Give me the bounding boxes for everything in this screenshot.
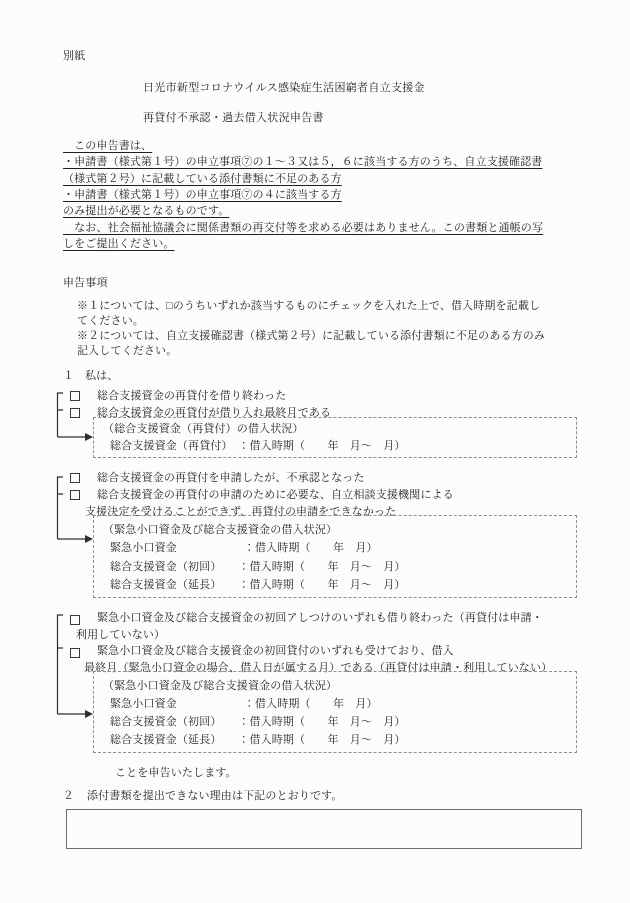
intro-line: しをご提出ください。 — [63, 237, 175, 251]
intro-line: （様式第２号）に記載している添付書類に不足のある方 — [63, 172, 342, 186]
note-line: ※１については、□のうちいずれか該当するものにチェックを入れた上で、借入時期を記… — [77, 299, 540, 313]
option-label: 総合支援資金の再貸付を借り終わった — [97, 389, 286, 403]
reason-textbox[interactable] — [66, 809, 582, 849]
borrowing-status-box-2: （緊急小口資金及び総合支援資金の借入状況） 緊急小口資金 ：借入時期（ 年 月）… — [93, 515, 577, 598]
form-page: 別紙 日光市新型コロナウイルス感染症生活困窮者自立支援金 再貸付不承認・過去借入… — [0, 0, 630, 903]
intro-line: ・申請書（様式第１号）の申立事項⑦の４に該当する方 — [63, 188, 342, 202]
note-line: てください。 — [77, 314, 144, 328]
intro-line: この申告書は、 — [63, 139, 152, 153]
option-label: 総合支援資金の再貸付を申請したが、不承認となった — [97, 471, 365, 485]
option-label-wrap: 利用していない） — [76, 628, 165, 642]
intro-line: なお、社会福祉協議会に関係書類の再交付等を求める必要はありません。この書類と通帳… — [63, 221, 543, 235]
box-heading: （緊急小口資金及び総合支援資金の借入状況） — [103, 679, 337, 693]
borrowing-status-box-1: （総合支援資金（再貸付）の借入状況） 総合支援資金（再貸付） ：借入時期（ 年 … — [93, 417, 577, 458]
checkbox-could-not-apply[interactable] — [70, 490, 80, 500]
borrowing-period-field[interactable]: 総合支援資金（延長） ：借入時期（ 年 月～ 月） — [110, 733, 406, 747]
item2-label: 添付書類を提出できない理由は下記のとおりです。 — [87, 789, 343, 803]
borrowing-period-field[interactable]: 緊急小口資金 ：借入時期（ 年 月） — [110, 541, 378, 555]
checkbox-repayment-finished[interactable] — [70, 391, 80, 401]
checkbox-final-borrowing-month[interactable] — [70, 408, 80, 418]
arrowhead-icon — [85, 433, 93, 441]
item1-lead: 私は、 — [85, 369, 118, 383]
checkbox-application-rejected[interactable] — [70, 473, 80, 483]
box-heading: （緊急小口資金及び総合支援資金の借入状況） — [103, 523, 337, 537]
item1-number: １ — [63, 369, 74, 383]
box-heading: （総合支援資金（再貸付）の借入状況） — [103, 422, 304, 436]
option-label: 緊急小口資金及び総合支援資金の初回貸付のいずれも受けており、借入 — [97, 644, 454, 658]
note-line: 記入してください。 — [77, 344, 177, 358]
checkbox-both-loans-finished[interactable] — [70, 615, 80, 625]
borrowing-period-field[interactable]: 総合支援資金（初回） ：借入時期（ 年 月～ 月） — [110, 560, 406, 574]
arrowhead-icon — [85, 710, 93, 718]
checkbox-both-loans-final-month[interactable] — [70, 648, 80, 658]
document-title-line2: 再貸付不承認・過去借入状況申告書 — [143, 111, 324, 125]
item2-number: ２ — [63, 789, 74, 803]
note-line: ※２については、自立支援確認書（様式第２号）に記載している添付書類に不足のある方… — [77, 329, 545, 343]
intro-line: のみ提出が必要となるものです。 — [63, 204, 229, 218]
arrowhead-icon — [85, 535, 93, 543]
document-title-line1: 日光市新型コロナウイルス感染症生活困窮者自立支援金 — [143, 81, 425, 95]
option-label: 総合支援資金の再貸付の申請のために必要な、自立相談支援機関による — [97, 488, 454, 502]
option-label: 緊急小口資金及び総合支援資金の初回アしつけのいずれも借り終わった（再貸付は申請・ — [97, 611, 543, 625]
borrowing-period-field[interactable]: 緊急小口資金 ：借入時期（ 年 月） — [110, 697, 378, 711]
borrowing-period-field[interactable]: 総合支援資金（再貸付） ：借入時期（ 年 月～ 月） — [110, 439, 406, 453]
corner-label: 別紙 — [63, 49, 85, 63]
borrowing-status-box-3: （緊急小口資金及び総合支援資金の借入状況） 緊急小口資金 ：借入時期（ 年 月）… — [93, 671, 577, 753]
borrowing-period-field[interactable]: 総合支援資金（延長） ：借入時期（ 年 月～ 月） — [110, 578, 406, 592]
borrowing-period-field[interactable]: 総合支援資金（初回） ：借入時期（ 年 月～ 月） — [110, 715, 406, 729]
section-heading: 申告事項 — [63, 276, 108, 290]
intro-line: ・申請書（様式第１号）の申立事項⑦の１～３又は５，６に該当する方のうち、自立支援… — [63, 155, 542, 169]
item1-closing: ことを申告いたします。 — [115, 766, 237, 780]
